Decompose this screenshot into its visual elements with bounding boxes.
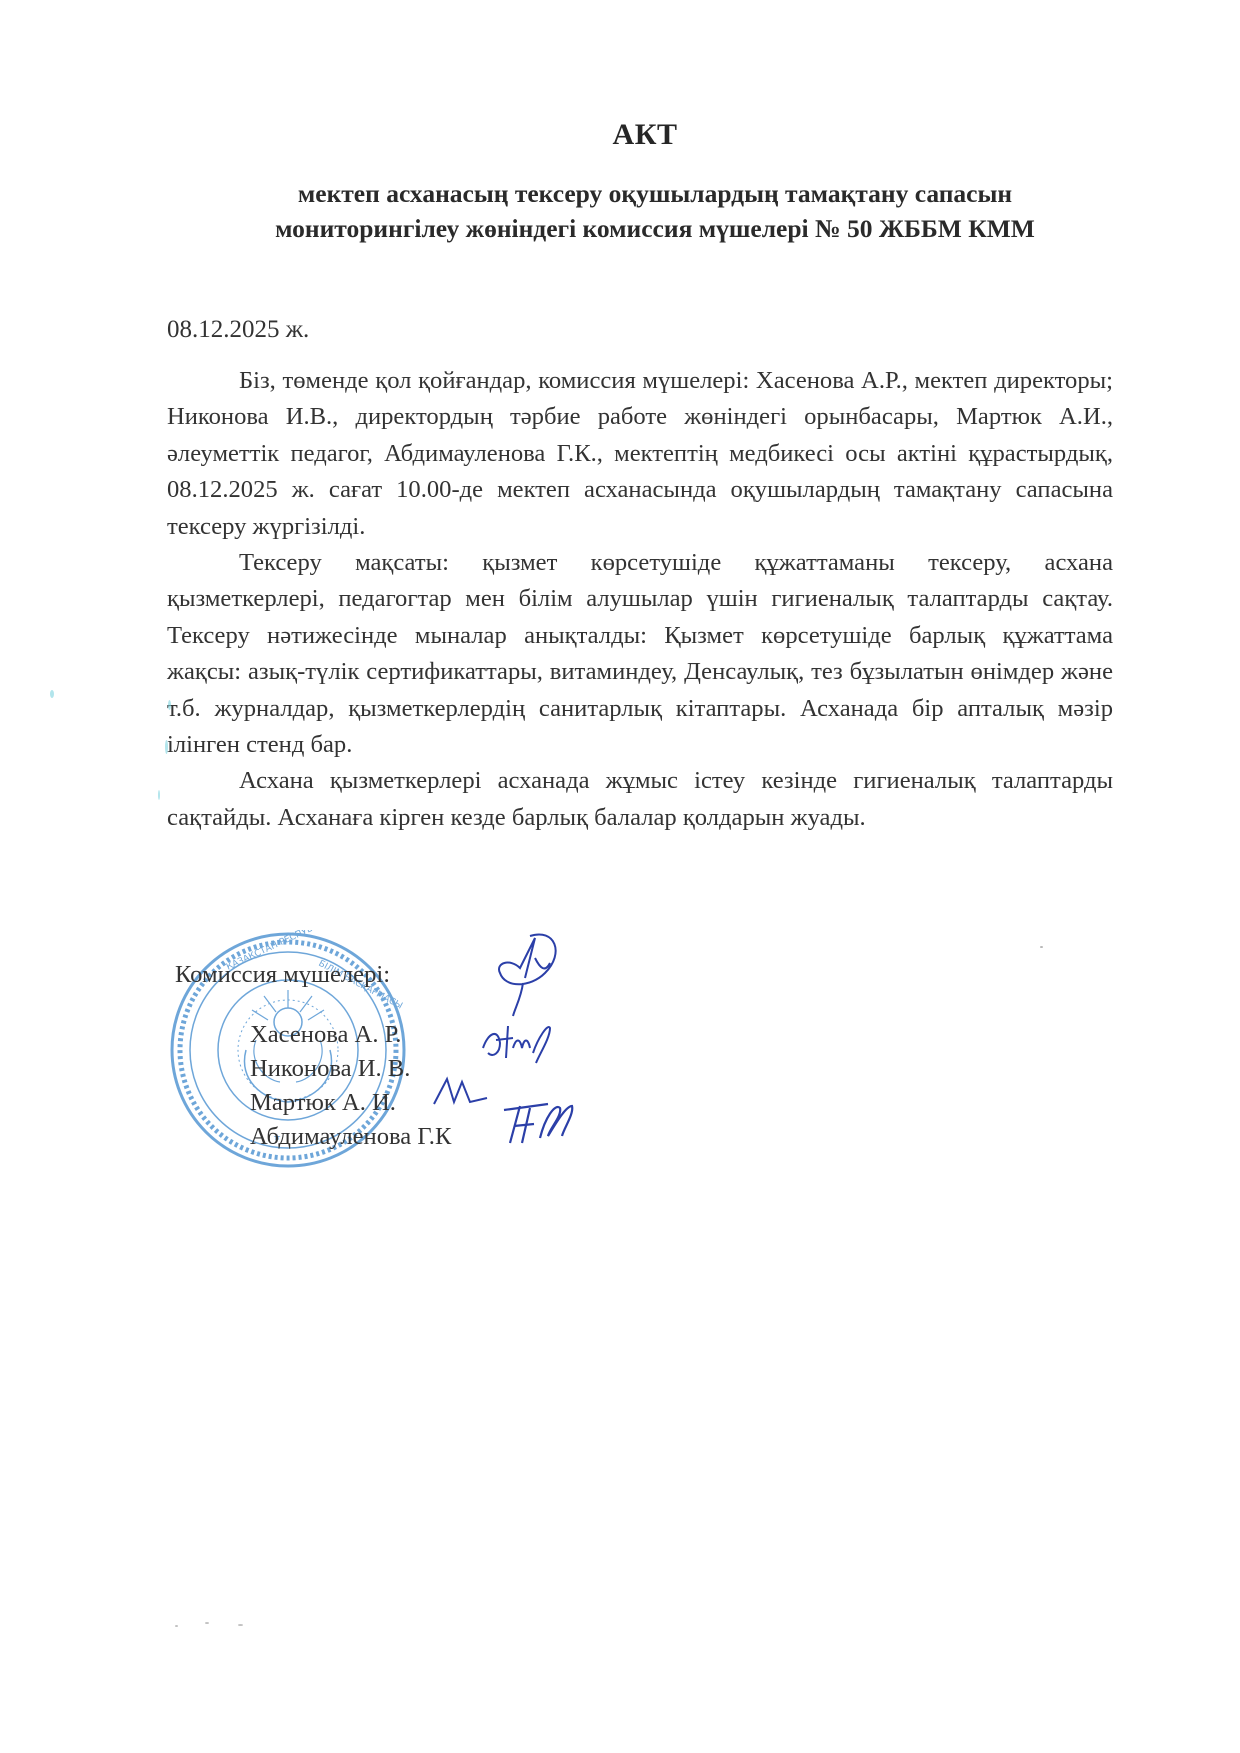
- signatures-list: Хасенова А. Р. Никонова И. В. Мартюк А. …: [175, 1018, 451, 1154]
- scan-speck: [175, 1625, 178, 1627]
- signature-block: Комиссия мүшелері: Хасенова А. Р. Никоно…: [175, 958, 451, 1154]
- signature-4-icon: [500, 1098, 580, 1148]
- document-title: АКТ: [0, 118, 1240, 152]
- signatures-heading: Комиссия мүшелері:: [175, 958, 451, 992]
- signatory-name: Никонова И. В.: [250, 1052, 451, 1086]
- document-body: Біз, төменде қол қойғандар, комиссия мүш…: [167, 363, 1113, 836]
- scan-speck: [1040, 946, 1043, 948]
- signature-2-icon: [478, 1018, 558, 1066]
- scan-speck: [165, 740, 168, 754]
- scan-speck: [168, 700, 171, 710]
- signatory-name: Хасенова А. Р.: [250, 1018, 451, 1052]
- document-page: АКТ мектеп асханасың тексеру оқушылардың…: [0, 0, 1240, 1753]
- signature-1-icon: [485, 928, 565, 1018]
- scan-speck: [158, 790, 160, 800]
- scan-speck: [50, 690, 54, 698]
- signature-3-icon: [432, 1074, 492, 1110]
- document-subtitle: мектеп асханасың тексеру оқушылардың там…: [210, 176, 1100, 246]
- signatory-name: Абдимауленова Г.К: [250, 1120, 451, 1154]
- paragraph-inspection-purpose: Тексеру мақсаты: қызмет көрсетушіде құжа…: [167, 545, 1113, 763]
- subtitle-line-2: мониторингілеу жөніндегі комиссия мүшеле…: [210, 211, 1100, 246]
- scan-speck: [238, 1624, 243, 1626]
- paragraph-commission: Біз, төменде қол қойғандар, комиссия мүш…: [167, 363, 1113, 545]
- document-date: 08.12.2025 ж.: [167, 316, 309, 344]
- paragraph-hygiene: Асхана қызметкерлері асханада жұмыс істе…: [167, 763, 1113, 836]
- subtitle-line-1: мектеп асханасың тексеру оқушылардың там…: [210, 176, 1100, 211]
- scan-speck: [205, 1622, 209, 1624]
- signatory-name: Мартюк А. И.: [250, 1086, 451, 1120]
